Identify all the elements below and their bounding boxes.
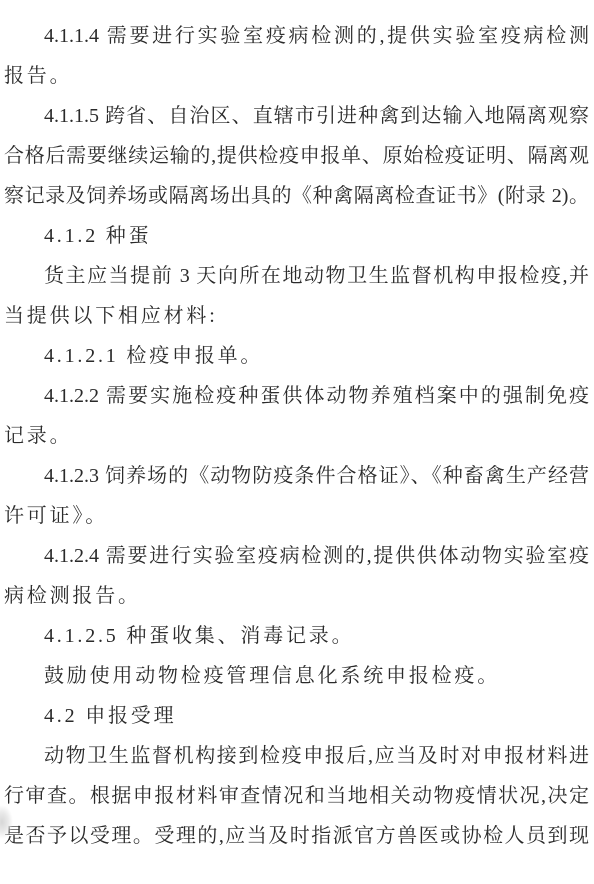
text-line: 病检测报告。 [4,576,589,616]
text-line: 察记录及饲养场或隔离场出具的《种禽隔离检查证书》(附录 2)。 [4,176,589,216]
text-line: 4.1.2.1 检疫申报单。 [4,336,589,376]
scanned-document-page: 4.1.1.4 需要进行实验室疫病检测的,提供实验室疫病检测报告。4.1.1.5… [0,0,594,884]
document-body: 4.1.1.4 需要进行实验室疫病检测的,提供实验室疫病检测报告。4.1.1.5… [4,16,589,856]
text-line: 4.1.2.2 需要实施检疫种蛋供体动物养殖档案中的强制免疫 [4,376,589,416]
text-line: 鼓励使用动物检疫管理信息化系统申报检疫。 [4,656,589,696]
text-line: 当提供以下相应材料: [4,296,589,336]
text-line: 4.1.2 种蛋 [4,216,589,256]
text-line: 动物卫生监督机构接到检疫申报后,应当及时对申报材料进 [4,736,589,776]
text-line: 4.1.2.5 种蛋收集、消毒记录。 [4,616,589,656]
text-line: 是否予以受理。受理的,应当及时指派官方兽医或协检人员到现 [4,816,589,856]
text-line: 货主应当提前 3 天向所在地动物卫生监督机构申报检疫,并 [4,256,589,296]
text-line: 合格后需要继续运输的,提供检疫申报单、原始检疫证明、隔离观 [4,136,589,176]
text-line: 许可证》。 [4,496,589,536]
text-line: 4.1.1.4 需要进行实验室疫病检测的,提供实验室疫病检测 [4,16,589,56]
text-line: 4.2 申报受理 [4,696,589,736]
text-line: 报告。 [4,56,589,96]
text-line: 4.1.2.3 饲养场的《动物防疫条件合格证》、《种畜禽生产经营 [4,456,589,496]
text-line: 4.1.2.4 需要进行实验室疫病检测的,提供供体动物实验室疫 [4,536,589,576]
text-line: 行审查。根据申报材料审查情况和当地相关动物疫情状况,决定 [4,776,589,816]
text-line: 4.1.1.5 跨省、自治区、直辖市引进种禽到达输入地隔离观察 [4,96,589,136]
text-line: 记录。 [4,416,589,456]
